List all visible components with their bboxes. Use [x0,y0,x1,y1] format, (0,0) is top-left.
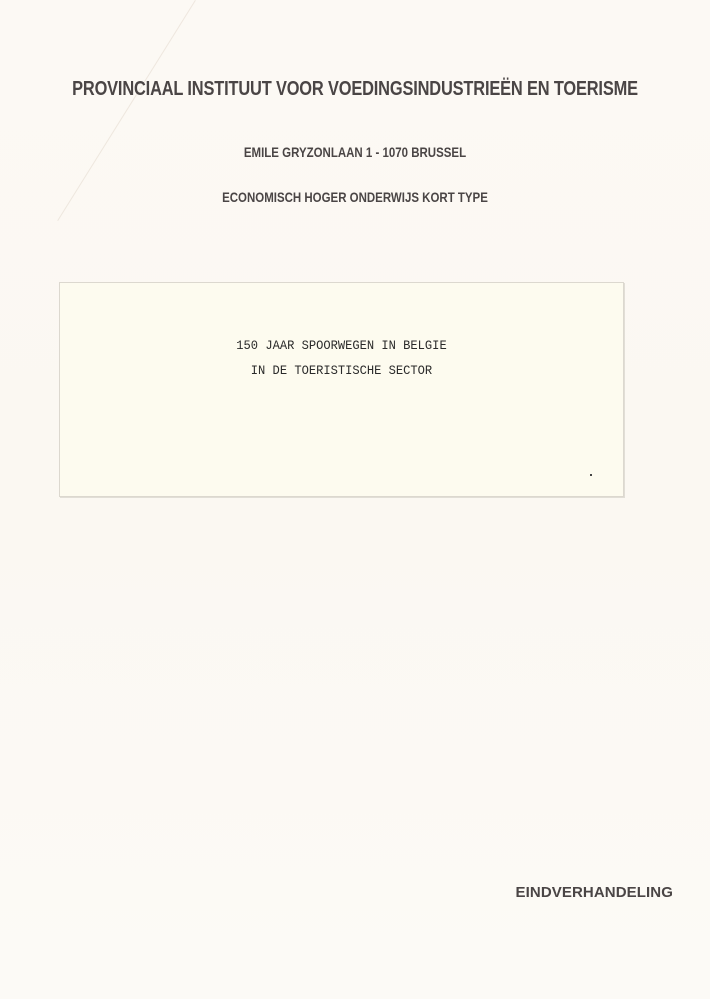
education-program: ECONOMISCH HOGER ONDERWIJS KORT TYPE [64,189,646,205]
ink-speck [590,474,592,476]
title-label-box: 150 JAAR SPOORWEGEN IN BELGIE IN DE TOER… [59,282,624,497]
document-type: EINDVERHANDELING [516,884,673,901]
paper-crease [57,0,196,221]
thesis-title: 150 JAAR SPOORWEGEN IN BELGIE IN DE TOER… [60,333,623,383]
thesis-title-line-2: IN DE TOERISTISCHE SECTOR [80,358,604,383]
thesis-title-line-1: 150 JAAR SPOORWEGEN IN BELGIE [80,333,604,358]
institute-name: PROVINCIAAL INSTITUUT VOOR VOEDINGSINDUS… [64,78,646,101]
document-cover-page: PROVINCIAAL INSTITUUT VOOR VOEDINGSINDUS… [0,0,710,999]
institute-address: EMILE GRYZONLAAN 1 - 1070 BRUSSEL [64,144,646,160]
